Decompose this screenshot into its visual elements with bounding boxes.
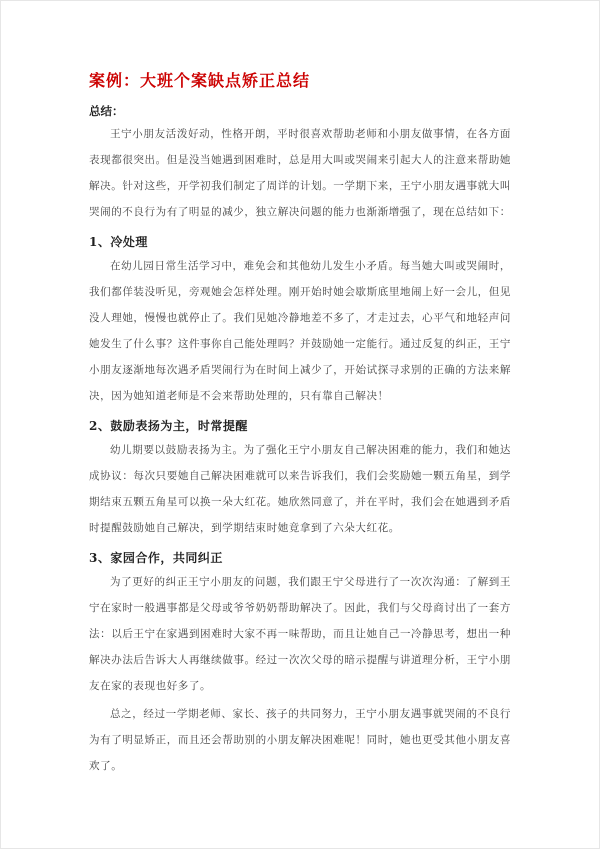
document-page: 案例：大班个案缺点矫正总结 总结： 王宁小朋友活泼好动，性格开朗，平时很喜欢帮助…: [0, 0, 600, 849]
section-2-heading: 2、鼓励表扬为主，时常提醒: [89, 417, 511, 434]
section-2-paragraph: 幼儿期要以鼓励表扬为主。为了强化王宁小朋友自己解决困难的能力，我们和她达成协议：…: [89, 437, 511, 541]
section-3-paragraph-2: 总之，经过一学期老师、家长、孩子的共同努力，王宁小朋友遇事就哭闹的不良行为有了明…: [89, 701, 511, 779]
section-1-paragraph: 在幼儿园日常生活学习中，难免会和其他幼儿发生小矛盾。每当她大叫或哭闹时，我们都佯…: [89, 253, 511, 409]
intro-paragraph: 王宁小朋友活泼好动，性格开朗，平时很喜欢帮助老师和小朋友做事情，在各方面表现都很…: [89, 121, 511, 225]
summary-label: 总结：: [89, 103, 511, 119]
section-1-heading: 1、冷处理: [89, 233, 511, 250]
document-title: 案例：大班个案缺点矫正总结: [89, 71, 511, 91]
section-3-paragraph-1: 为了更好的纠正王宁小朋友的问题，我们跟王宁父母进行了一次次沟通：了解到王宁在家时…: [89, 569, 511, 699]
section-3-heading: 3、家园合作，共同纠正: [89, 549, 511, 566]
